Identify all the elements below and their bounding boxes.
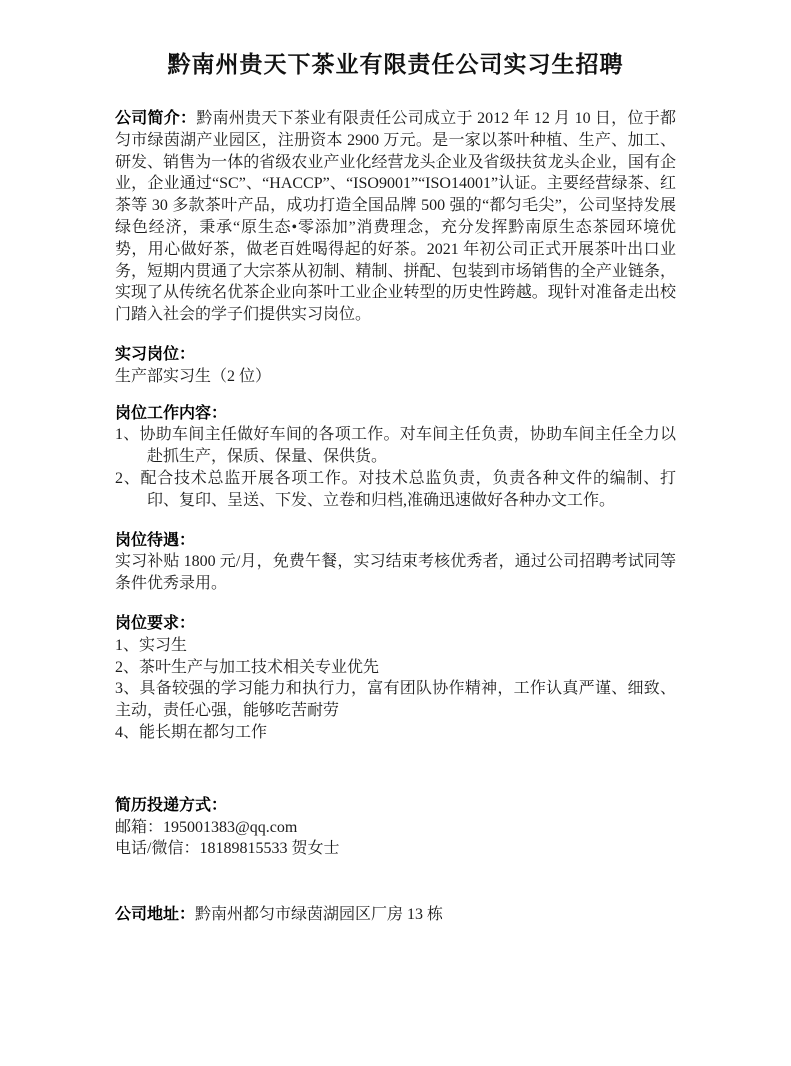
requirement-item: 3、具备较强的学习能力和执行力，富有团队协作精神，工作认真严谨、细致、主动，责任… [115,678,676,722]
job-duty-item: 2、配合技术总监开展各项工作。对技术总监负责，负责各种文件的编制、打印、复印、呈… [115,468,676,512]
company-address-label: 公司地址： [115,906,195,923]
section-heading-positions: 实习岗位： [115,344,676,366]
job-duty-item: 1、协助车间主任做好车间的各项工作。对车间主任负责，协助车间主任全力以赴抓生产，… [115,424,676,468]
position-item: 生产部实习生（2 位） [115,366,676,388]
company-address-text: 黔南州都匀市绿茵湖园区厂房 13 栋 [195,906,443,923]
requirement-item: 1、实习生 [115,635,676,657]
email-value: 195001383@qq.com [163,819,297,836]
document-page: 黔南州贵天下茶业有限责任公司实习生招聘 公司简介：黔南州贵天下茶业有限责任公司成… [0,0,791,1066]
requirement-item: 2、茶叶生产与加工技术相关专业优先 [115,657,676,679]
phone-value: 18189815533 贺女士 [199,840,339,857]
requirement-item: 4、能长期在都匀工作 [115,722,676,744]
company-address-line: 公司地址：黔南州都匀市绿茵湖园区厂房 13 栋 [115,904,676,926]
page-title: 黔南州贵天下茶业有限责任公司实习生招聘 [115,48,676,82]
email-line: 邮箱：195001383@qq.com [115,817,676,839]
section-heading-requirements: 岗位要求： [115,613,676,635]
email-label: 邮箱： [115,819,163,836]
company-intro-text: 黔南州贵天下茶业有限责任公司成立于 2012 年 12 月 10 日，位于都匀市… [115,110,676,323]
section-heading-job-duties: 岗位工作内容： [115,403,676,425]
phone-line: 电话/微信：18189815533 贺女士 [115,838,676,860]
benefits-text: 实习补贴 1800 元/月，免费午餐，实习结束考核优秀者，通过公司招聘考试同等条… [115,551,676,595]
section-heading-benefits: 岗位待遇： [115,530,676,552]
company-intro-label: 公司简介： [115,110,196,127]
phone-label: 电话/微信： [115,840,199,857]
section-heading-resume-submission: 简历投递方式： [115,795,676,817]
company-intro-paragraph: 公司简介：黔南州贵天下茶业有限责任公司成立于 2012 年 12 月 10 日，… [115,108,676,326]
